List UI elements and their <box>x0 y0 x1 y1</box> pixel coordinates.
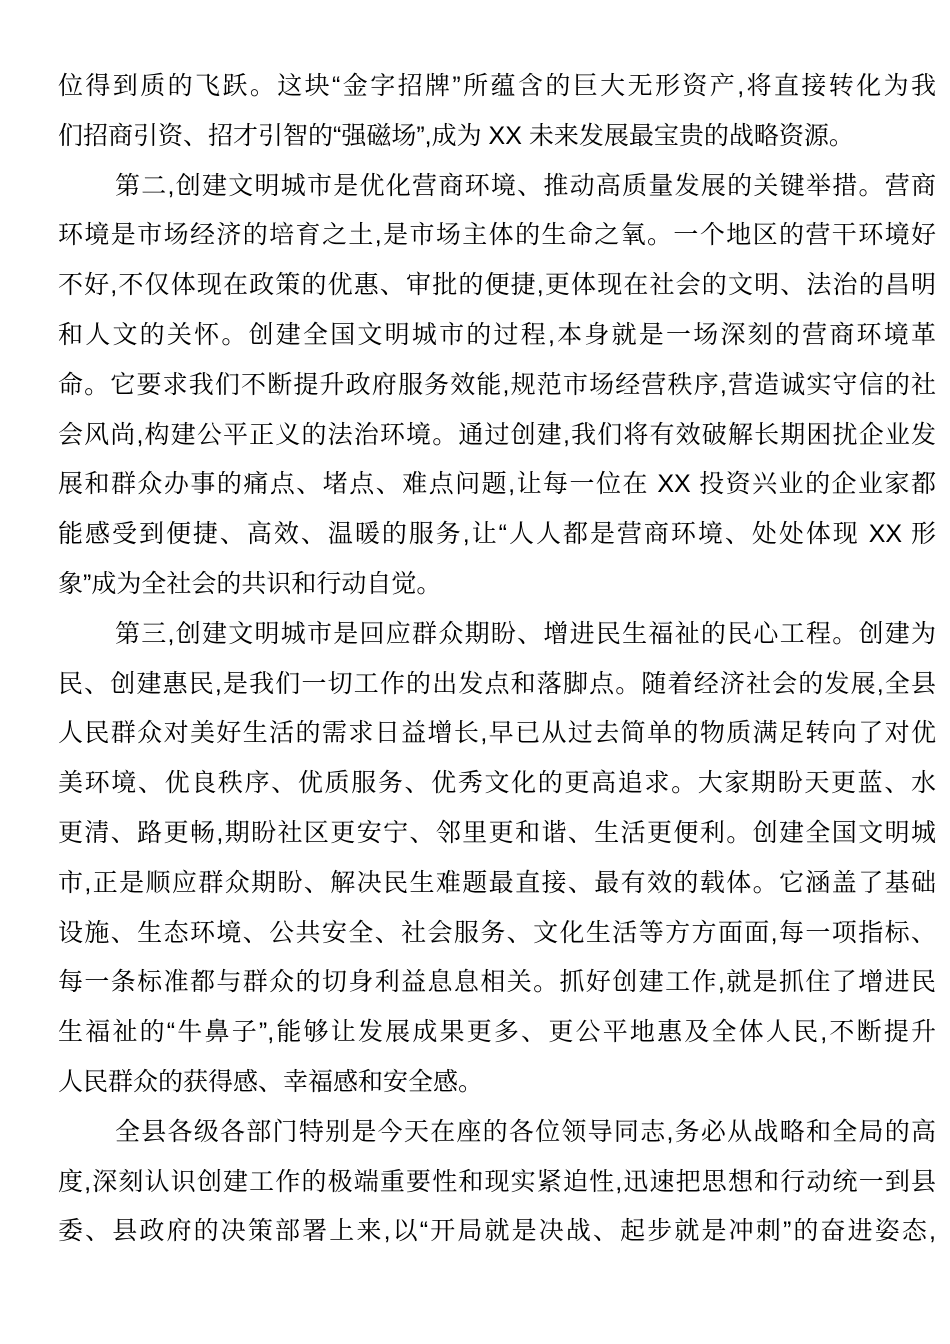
text-line: 民、创建惠民,是我们一切工作的出发点和落脚点。随着经济社会的发展,全县 <box>58 660 936 710</box>
text-line: 能感受到便捷、高效、温暖的服务,让“人人都是营商环境、处处体现 XX 形 <box>58 510 936 560</box>
text-line: 人民群众的获得感、幸福感和安全感。 <box>58 1058 936 1108</box>
text-line: 设施、生态环境、公共安全、社会服务、文化生活等方方面面,每一项指标、 <box>58 909 936 959</box>
text-line: 第二,创建文明城市是优化营商环境、推动高质量发展的关键举措。营商 <box>58 162 936 212</box>
text-line: 全县各级各部门特别是今天在座的各位领导同志,务必从战略和全局的高 <box>58 1108 936 1158</box>
text-line: 象”成为全社会的共识和行动自觉。 <box>58 560 936 610</box>
text-line: 生福祉的“牛鼻子”,能够让发展成果更多、更公平地惠及全体人民,不断提升 <box>58 1008 936 1058</box>
text-line: 和人文的关怀。创建全国文明城市的过程,本身就是一场深刻的营商环境革 <box>58 311 936 361</box>
text-line: 更清、路更畅,期盼社区更安宁、邻里更和谐、生活更便利。创建全国文明城 <box>58 809 936 859</box>
text-line: 人民群众对美好生活的需求日益增长,早已从过去简单的物质满足转向了对优 <box>58 709 936 759</box>
text-line: 位得到质的飞跃。这块“金字招牌”所蕴含的巨大无形资产,将直接转化为我 <box>58 62 936 112</box>
text-line: 市,正是顺应群众期盼、解决民生难题最直接、最有效的载体。它涵盖了基础 <box>58 859 936 909</box>
text-line: 每一条标准都与群众的切身利益息息相关。抓好创建工作,就是抓住了增进民 <box>58 958 936 1008</box>
text-line: 展和群众办事的痛点、堵点、难点问题,让每一位在 XX 投资兴业的企业家都 <box>58 460 936 510</box>
text-line: 度,深刻认识创建工作的极端重要性和现实紧迫性,迅速把思想和行动统一到县 <box>58 1158 936 1208</box>
text-line: 们招商引资、招才引智的“强磁场”,成为 XX 未来发展最宝贵的战略资源。 <box>58 112 936 162</box>
text-line: 美环境、优良秩序、优质服务、优秀文化的更高追求。大家期盼天更蓝、水 <box>58 759 936 809</box>
text-line: 环境是市场经济的培育之土,是市场主体的生命之氧。一个地区的营干环境好 <box>58 211 936 261</box>
document-text-block: 位得到质的飞跃。这块“金字招牌”所蕴含的巨大无形资产,将直接转化为我 们招商引资… <box>58 62 936 1257</box>
document-page: 位得到质的飞跃。这块“金字招牌”所蕴含的巨大无形资产,将直接转化为我 们招商引资… <box>0 0 950 1344</box>
text-line: 命。它要求我们不断提升政府服务效能,规范市场经营秩序,营造诚实守信的社 <box>58 361 936 411</box>
text-line: 委、县政府的决策部署上来,以“开局就是决战、起步就是冲刺”的奋进姿态, <box>58 1207 936 1257</box>
text-line: 会风尚,构建公平正义的法治环境。通过创建,我们将有效破解长期困扰企业发 <box>58 411 936 461</box>
text-line: 不好,不仅体现在政策的优惠、审批的便捷,更体现在社会的文明、法治的昌明 <box>58 261 936 311</box>
text-line: 第三,创建文明城市是回应群众期盼、增进民生福祉的民心工程。创建为 <box>58 610 936 660</box>
